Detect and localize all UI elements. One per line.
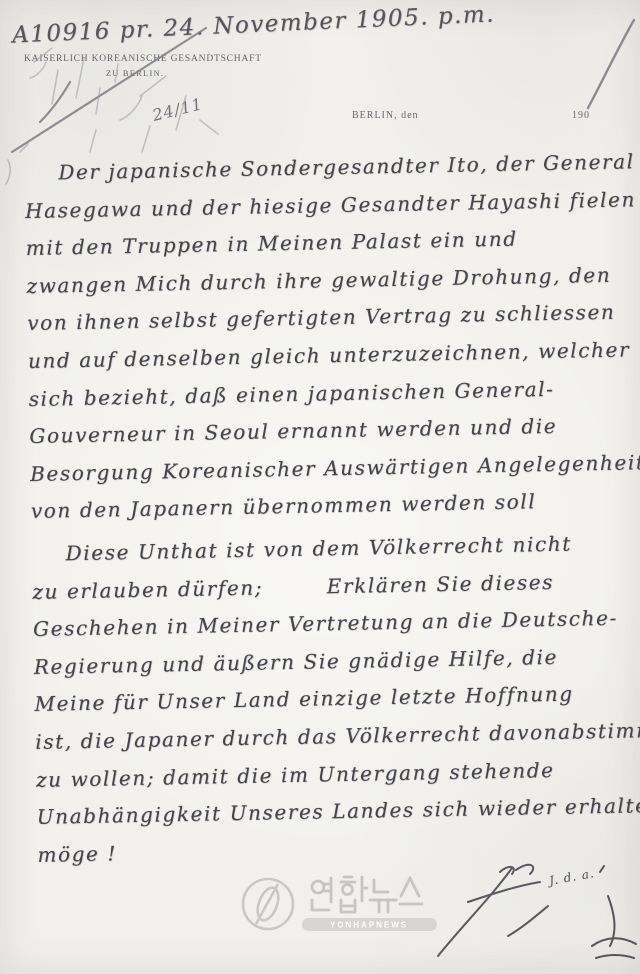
yonhap-logo-icon: [243, 879, 293, 929]
scanned-letter-page: A10916 pr. 24. November 1905. p.m. KAISE…: [0, 0, 640, 974]
letter-body: Der japanische Sondergesandter Ito, der …: [24, 143, 640, 874]
paraph-flourish-icon: [592, 866, 636, 958]
watermark-subtext: YONHAPNEWS: [330, 921, 408, 930]
yonhap-watermark: YONHAPNEWS: [232, 872, 482, 942]
registry-crossout-stroke-icon: [12, 28, 206, 152]
yonhap-hangul-glyphs-icon: [312, 877, 422, 912]
corner-slash-icon: [588, 20, 634, 108]
